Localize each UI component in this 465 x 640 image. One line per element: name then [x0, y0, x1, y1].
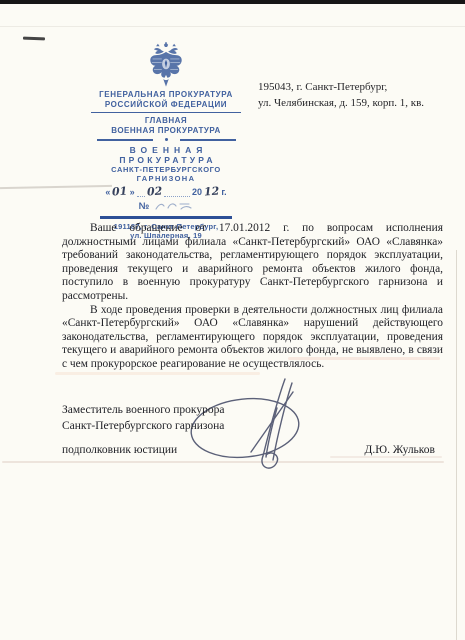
page-edge-shadow [456, 250, 457, 640]
letterhead-divider [91, 112, 241, 113]
date-dotted-gap [164, 188, 190, 197]
number-line: № [68, 200, 264, 212]
scan-shadow-line [0, 26, 465, 27]
recipient-address-line1: 195043, г. Санкт-Петербург, [258, 80, 448, 96]
scan-edge-strip [0, 0, 465, 4]
body-paragraph: Ваше обращение от 17.01.2012 г. по вопро… [62, 222, 443, 304]
letterhead-divider-split [68, 138, 264, 141]
handwritten-day: 01 [112, 187, 128, 198]
date-line: « 01 » 02 20 12 г. [68, 187, 264, 197]
signer-rank: подполковник юстиции [62, 444, 177, 456]
signature-row: подполковник юстиции Д.Ю. Жульков [62, 444, 443, 456]
signature-block: Заместитель военного прокурора Санкт-Пет… [62, 402, 443, 456]
signer-position-line2: Санкт-Петербургского гарнизона [62, 418, 443, 434]
letterhead-thick-divider [100, 216, 232, 219]
dept-line1: ГЛАВНАЯ [68, 116, 264, 126]
date-close-quote: » [130, 187, 135, 197]
pen-dash-mark [23, 37, 45, 40]
unit-line4: ГАРНИЗОНА [68, 174, 264, 183]
recipient-address: 195043, г. Санкт-Петербург, ул. Челябинс… [258, 80, 448, 111]
letterhead: ГЕНЕРАЛЬНАЯ ПРОКУРАТУРА РОССИЙСКОЙ ФЕДЕР… [68, 42, 264, 240]
recipient-address-line2: ул. Челябинская, д. 159, корп. 1, кв. [258, 96, 448, 112]
date-open-quote: « [105, 187, 110, 197]
handwritten-month: 02 [146, 187, 162, 198]
signer-position-line1: Заместитель военного прокурора [62, 402, 443, 418]
unit-line1: ВОЕННАЯ [68, 145, 264, 155]
year-suffix: г. [221, 187, 226, 197]
org-name-line1: ГЕНЕРАЛЬНАЯ ПРОКУРАТУРА [68, 90, 264, 100]
year-prefix: 20 [192, 187, 202, 197]
body-paragraph: В ходе проведения проверки в деятельност… [62, 304, 443, 372]
underline-streak [55, 372, 260, 375]
org-name-line2: РОССИЙСКОЙ ФЕДЕРАЦИИ [68, 100, 264, 110]
underline-streak [330, 456, 442, 458]
date-dotted-gap [137, 188, 145, 197]
unit-line2: ПРОКУРАТУРА [68, 155, 264, 165]
handwritten-number-scribble [153, 200, 193, 212]
unit-line3: САНКТ-ПЕТЕРБУРГСКОГО [68, 165, 264, 174]
number-label: № [139, 201, 150, 212]
dept-line2: ВОЕННАЯ ПРОКУРАТУРА [68, 126, 264, 136]
letter-body: Ваше обращение от 17.01.2012 г. по вопро… [62, 222, 443, 372]
scanned-letter-page: ГЕНЕРАЛЬНАЯ ПРОКУРАТУРА РОССИЙСКОЙ ФЕДЕР… [0, 0, 465, 640]
handwritten-year: 12 [204, 187, 220, 198]
signer-name: Д.Ю. Жульков [365, 444, 435, 456]
double-headed-eagle-icon [148, 42, 184, 88]
